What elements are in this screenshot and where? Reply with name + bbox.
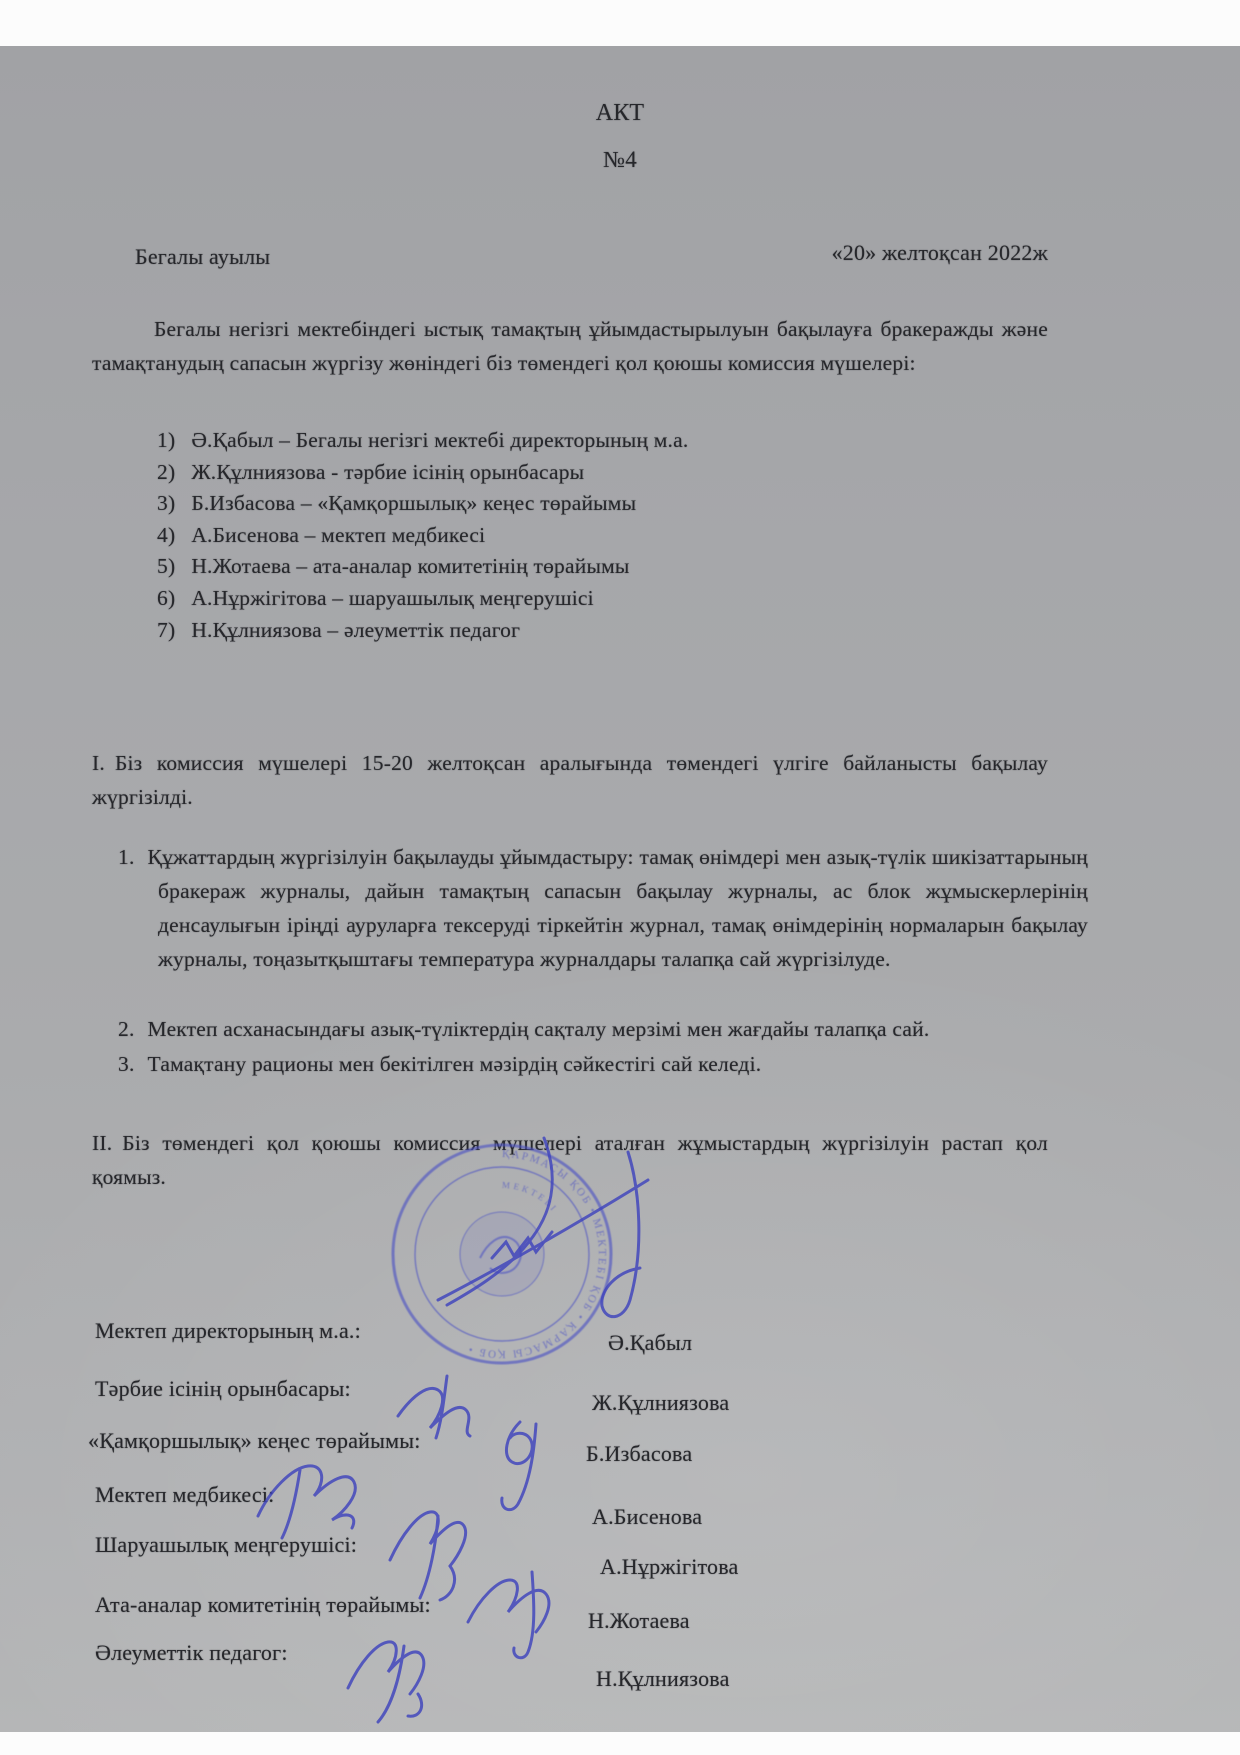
- signature-name-social-pedagogue: Н.Құлниязова: [596, 1666, 730, 1692]
- finding-text: Тамақтану рационы мен бекітілген мәзірді…: [148, 1052, 762, 1076]
- finding-item-2: 2.Мектеп асханасындағы азық-түліктердің …: [118, 1012, 1088, 1046]
- signature-name-parents-chair: Н.Жотаева: [588, 1608, 690, 1634]
- finding-number: 1.: [118, 845, 135, 869]
- member-text: Н.Құлниязова – әлеуметтік педагог: [191, 618, 520, 642]
- member-number: 7): [157, 618, 175, 642]
- member-number: 3): [157, 491, 175, 515]
- signature-name-council-chair: Б.Избасова: [586, 1441, 692, 1467]
- signature-name-household: А.Нұржігітова: [600, 1554, 739, 1580]
- member-text: Ә.Қабыл – Бегалы негізгі мектебі директо…: [191, 428, 688, 452]
- member-number: 5): [157, 554, 175, 578]
- section-1-numeral: I.: [92, 751, 105, 775]
- scan-border-bottom: [0, 1732, 1240, 1755]
- member-text: Н.Жотаева – ата-аналар комитетінің төрай…: [191, 554, 629, 578]
- member-number: 6): [157, 586, 175, 610]
- signature-label-council-chair: «Қамқоршылық» кеңес төрайымы:: [88, 1428, 421, 1454]
- scanned-document-page: АКТ №4 Бегалы ауылы «20» желтоқсан 2022ж…: [0, 0, 1240, 1755]
- member-item: 3)Б.Избасова – «Қамқоршылық» кеңес төрай…: [157, 488, 997, 520]
- section-2-numeral: II.: [92, 1131, 112, 1155]
- signature-name-nurse: А.Бисенова: [592, 1504, 702, 1530]
- finding-number: 3.: [118, 1052, 135, 1076]
- finding-number: 2.: [118, 1017, 135, 1041]
- member-item: 1)Ә.Қабыл – Бегалы негізгі мектебі дирек…: [157, 425, 997, 457]
- finding-item-3: 3.Тамақтану рационы мен бекітілген мәзір…: [118, 1047, 1088, 1081]
- signature-name-deputy: Ж.Құлниязова: [592, 1390, 729, 1416]
- round-stamp: ҚАРМАСЫ ҚОБ • МЕКТЕБІ ҚОБ • ҚАРМАСЫ ҚОБ …: [384, 1136, 620, 1372]
- signature-label-social-pedagogue: Әлеуметтік педагог:: [95, 1640, 288, 1666]
- intro-paragraph: Бегалы негізгі мектебіндегі ыстық тамақт…: [92, 312, 1048, 380]
- signature-label-parents-chair: Ата-аналар комитетінің төрайымы:: [95, 1592, 431, 1618]
- signature-label-director: Мектеп директорының м.а.:: [95, 1318, 361, 1344]
- member-text: Б.Избасова – «Қамқоршылық» кеңес төрайым…: [191, 491, 636, 515]
- member-text: А.Бисенова – мектеп медбикесі: [191, 523, 485, 547]
- member-number: 2): [157, 460, 175, 484]
- section-1-paragraph: I.Біз комиссия мүшелері 15-20 желтоқсан …: [92, 746, 1048, 814]
- document-title: АКТ: [0, 100, 1240, 127]
- member-text: А.Нұржігітова – шаруашылық меңгерушісі: [191, 586, 593, 610]
- signature-label-household: Шаруашылық меңгерушісі:: [95, 1532, 357, 1558]
- section-1-text: Біз комиссия мүшелері 15-20 желтоқсан ар…: [92, 751, 1048, 809]
- finding-text: Құжаттардың жүргізілуін бақылауды ұйымда…: [148, 845, 1088, 971]
- member-text: Ж.Құлниязова - тәрбие ісінің орынбасары: [191, 460, 584, 484]
- member-item: 7)Н.Құлниязова – әлеуметтік педагог: [157, 615, 997, 647]
- finding-text: Мектеп асханасындағы азық-түліктердің са…: [148, 1017, 930, 1041]
- document-number: №4: [0, 147, 1240, 173]
- stamp-arc-text-inner: МЕКТЕБІ: [502, 1180, 560, 1215]
- finding-item-1: 1.Құжаттардың жүргізілуін бақылауды ұйым…: [118, 840, 1088, 976]
- member-number: 4): [157, 523, 175, 547]
- member-number: 1): [157, 428, 175, 452]
- stamp-emblem: [460, 1212, 544, 1296]
- signature-label-deputy: Тәрбие ісінің орынбасары:: [95, 1376, 351, 1402]
- signature-name-director: Ә.Қабыл: [608, 1330, 692, 1356]
- date-label: «20» желтоқсан 2022ж: [832, 240, 1048, 266]
- member-item: 6)А.Нұржігітова – шаруашылық меңгерушісі: [157, 583, 997, 615]
- signature-label-nurse: Мектеп медбикесі:: [95, 1482, 275, 1508]
- place-label: Бегалы ауылы: [135, 244, 270, 270]
- scan-border-top: [0, 0, 1240, 46]
- member-item: 4)А.Бисенова – мектеп медбикесі: [157, 520, 997, 552]
- commission-members-list: 1)Ә.Қабыл – Бегалы негізгі мектебі дирек…: [157, 425, 997, 646]
- svg-text:МЕКТЕБІ: МЕКТЕБІ: [502, 1180, 560, 1215]
- member-item: 5)Н.Жотаева – ата-аналар комитетінің төр…: [157, 551, 997, 583]
- member-item: 2)Ж.Құлниязова - тәрбие ісінің орынбасар…: [157, 457, 997, 489]
